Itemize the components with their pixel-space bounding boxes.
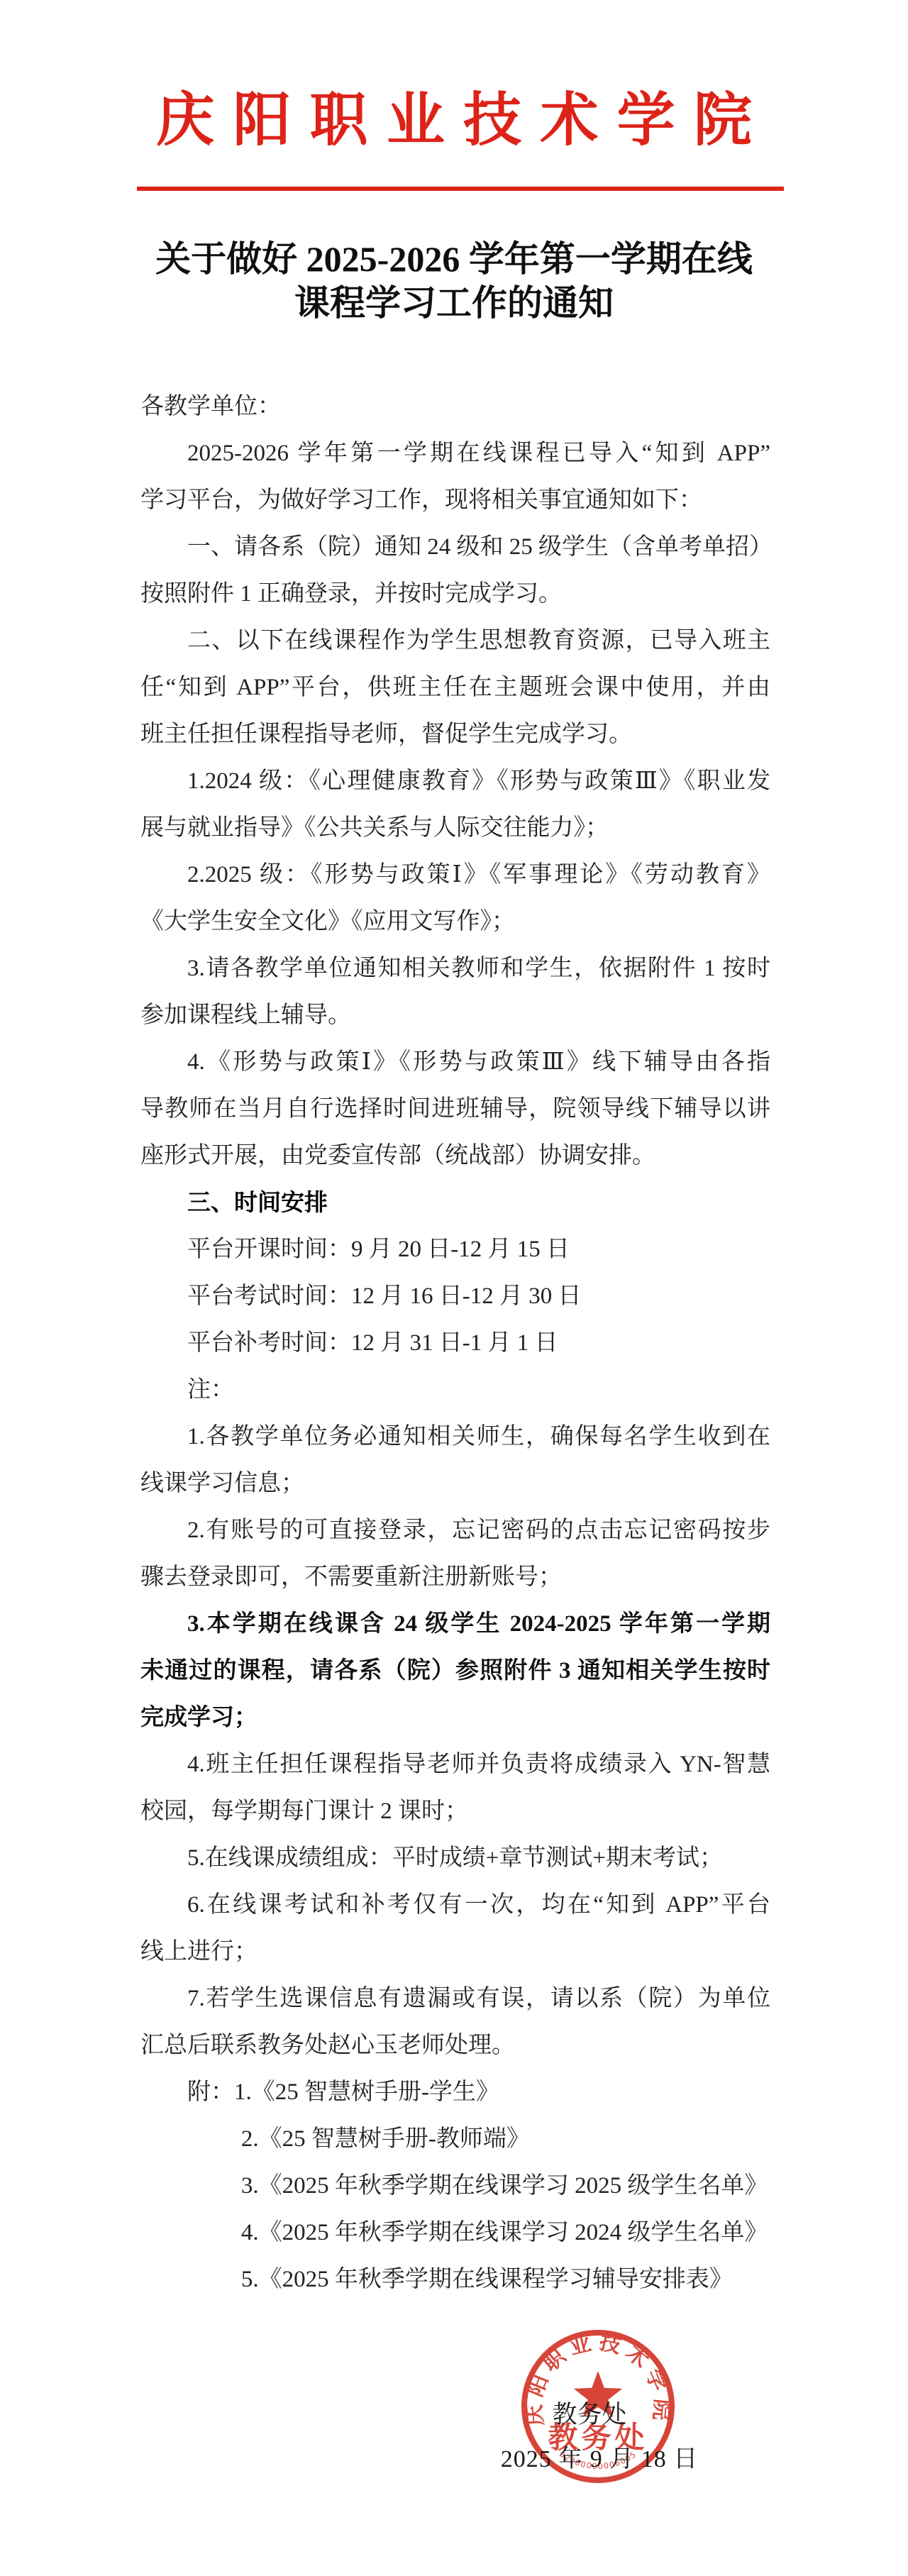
body-line: 2.《25 智慧树手册-教师端》 bbox=[140, 2116, 770, 2162]
body-line: 线课学习信息； bbox=[140, 1460, 770, 1507]
body-line: 6.在线课考试和补考仅有一次，均在“知到 APP”平台 bbox=[140, 1881, 770, 1928]
body-line: 骤去登录即可，不需要重新注册新账号； bbox=[140, 1554, 770, 1601]
body-line: 2.有账号的可直接登录，忘记密码的点击忘记密码按步 bbox=[140, 1507, 770, 1554]
body-line: 4.《形势与政策Ⅰ》《形势与政策Ⅲ》线下辅导由各指 bbox=[140, 1039, 770, 1085]
body-line: 1.2024 级：《心理健康教育》《形势与政策Ⅲ》《职业发 bbox=[140, 758, 770, 805]
body-line: 汇总后联系教务处赵心玉老师处理。 bbox=[140, 2022, 770, 2069]
body-line: 展与就业指导》《公共关系与人际交往能力》； bbox=[140, 805, 770, 851]
body-line: 5.《2025 年秋季学期在线课程学习辅导安排表》 bbox=[140, 2256, 770, 2303]
body-line: 注： bbox=[140, 1366, 770, 1413]
document-page: 庆阳职业技术学院 关于做好 2025-2026 学年第一学期在线 课程学习工作的… bbox=[0, 0, 908, 2576]
body-line: 任“知到 APP”平台，供班主任在主题班会课中使用，并由 bbox=[140, 664, 770, 711]
document-body: 各教学单位：2025-2026 学年第一学期在线课程已导入“知到 APP”学习平… bbox=[140, 383, 770, 2303]
body-line: 2025-2026 学年第一学期在线课程已导入“知到 APP” bbox=[140, 430, 770, 477]
body-line: 3.《2025 年秋季学期在线课学习 2025 级学生名单》 bbox=[140, 2162, 770, 2209]
body-line: 按照附件 1 正确登录，并按时完成学习。 bbox=[140, 570, 770, 617]
document-title-line2: 课程学习工作的通知 bbox=[0, 281, 908, 325]
body-line: 附：1.《25 智慧树手册-学生》 bbox=[140, 2069, 770, 2116]
document-title: 关于做好 2025-2026 学年第一学期在线 课程学习工作的通知 bbox=[0, 237, 908, 325]
body-line: 《大学生安全文化》《应用文写作》； bbox=[140, 898, 770, 945]
body-line: 座形式开展，由党委宣传部（统战部）协调安排。 bbox=[140, 1132, 770, 1179]
body-line: 平台补考时间：12 月 31 日-1 月 1 日 bbox=[140, 1320, 770, 1366]
body-line: 7.若学生选课信息有遗漏或有误，请以系（院）为单位 bbox=[140, 1975, 770, 2022]
body-line: 班主任担任课程指导老师，督促学生完成学习。 bbox=[140, 711, 770, 758]
body-line: 平台开课时间：9 月 20 日-12 月 15 日 bbox=[140, 1226, 770, 1273]
body-line: 校园，每学期每门课计 2 课时； bbox=[140, 1788, 770, 1835]
signature-date: 2025 年 9 月 18 日 bbox=[458, 2439, 741, 2474]
body-line: 3.本学期在线课含 24 级学生 2024-2025 学年第一学期 bbox=[140, 1601, 770, 1647]
document-title-line1: 关于做好 2025-2026 学年第一学期在线 bbox=[0, 237, 908, 281]
body-line: 4.班主任担任课程指导老师并负责将成绩录入 YN-智慧 bbox=[140, 1741, 770, 1788]
body-line: 线上进行； bbox=[140, 1928, 770, 1975]
body-line: 二、以下在线课程作为学生思想教育资源，已导入班主 bbox=[140, 617, 770, 664]
section-heading: 三、时间安排 bbox=[140, 1179, 770, 1226]
body-line: 导教师在当月自行选择时间进班辅导，院领导线下辅导以讲 bbox=[140, 1085, 770, 1132]
body-line: 完成学习； bbox=[140, 1694, 770, 1741]
red-divider-rule bbox=[137, 187, 784, 191]
body-line: 1.各教学单位务必通知相关师生，确保每名学生收到在 bbox=[140, 1413, 770, 1460]
signature-department: 教务处 bbox=[519, 2395, 660, 2431]
body-line: 一、请各系（院）通知 24 级和 25 级学生（含单考单招） bbox=[140, 524, 770, 570]
body-line: 平台考试时间：12 月 16 日-12 月 30 日 bbox=[140, 1273, 770, 1320]
body-line: 各教学单位： bbox=[140, 383, 770, 430]
body-line: 3.请各教学单位通知相关教师和学生，依据附件 1 按时 bbox=[140, 945, 770, 992]
body-line: 学习平台，为做好学习工作，现将相关事宜通知如下： bbox=[140, 477, 770, 524]
school-name-masthead: 庆阳职业技术学院 bbox=[0, 74, 908, 157]
body-line: 未通过的课程，请各系（院）参照附件 3 通知相关学生按时 bbox=[140, 1647, 770, 1694]
body-line: 2.2025 级：《形势与政策Ⅰ》《军事理论》《劳动教育》 bbox=[140, 851, 770, 898]
body-line: 4.《2025 年秋季学期在线课学习 2024 级学生名单》 bbox=[140, 2209, 770, 2256]
body-line: 5.在线课成绩组成：平时成绩+章节测试+期末考试； bbox=[140, 1835, 770, 1881]
body-line: 参加课程线上辅导。 bbox=[140, 992, 770, 1039]
